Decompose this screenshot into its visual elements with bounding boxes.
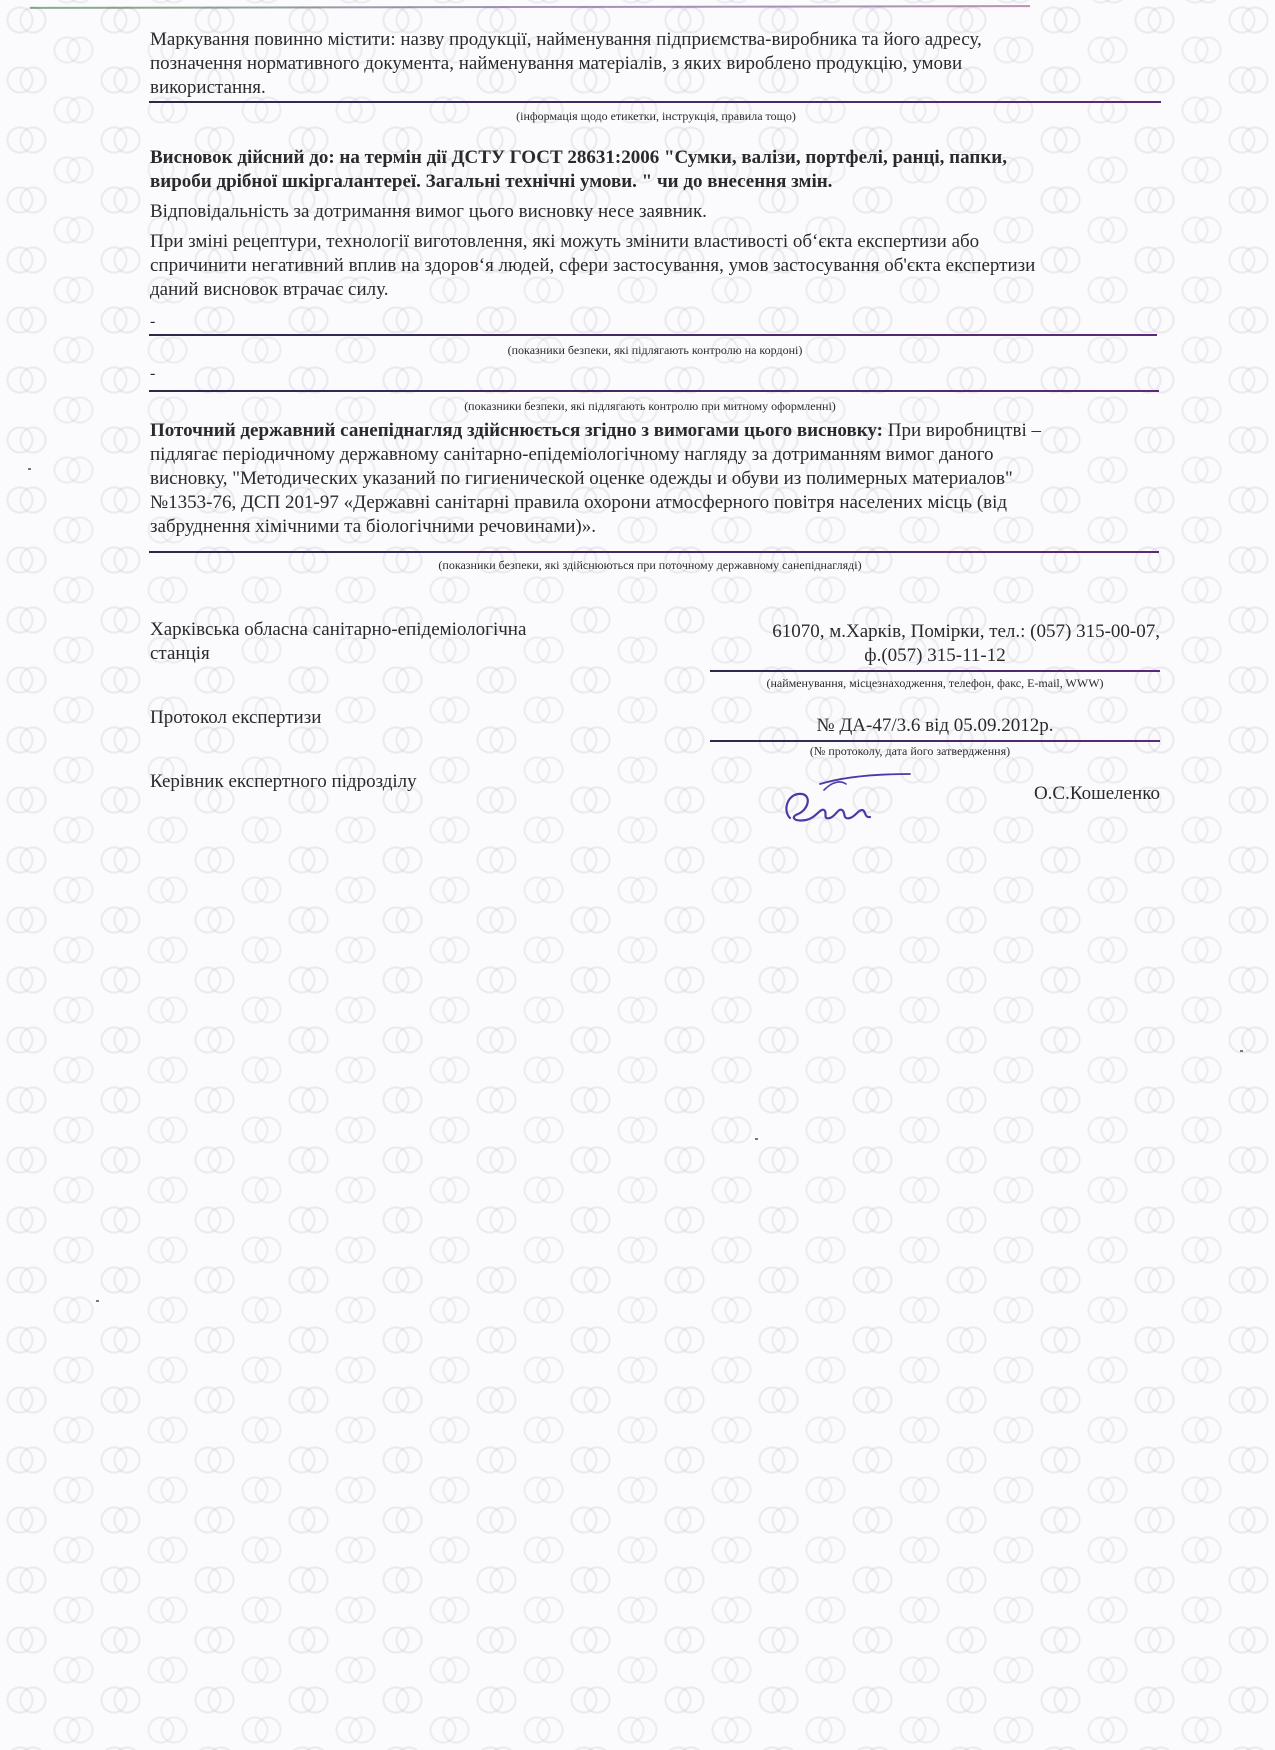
- protocol-value: № ДА-47/3.6 від 05.09.2012р.: [710, 714, 1160, 738]
- border-control-caption: (показники безпеки, які підлягають контр…: [150, 343, 1160, 357]
- organization-name-line-2: станція: [150, 642, 600, 666]
- customs-control-value: -: [150, 362, 155, 386]
- supervision-lead: Поточний державний санепіднагляд здійсню…: [150, 420, 883, 441]
- validity-line-1: Висновок дійсний до: на термін дії ДСТУ …: [150, 146, 1160, 170]
- protocol-caption: (№ протоколу, дата його затвердження): [710, 744, 1110, 758]
- supervision-line-1-rest: При виробництві –: [883, 420, 1041, 441]
- scan-speck: [96, 1300, 99, 1302]
- organization-address-line-2: ф.(057) 315-11-12: [710, 644, 1160, 668]
- customs-control-caption: (показники безпеки, які підлягають контр…: [150, 399, 1150, 413]
- organization-address: 61070, м.Харків, Помірки, тел.: (057) 31…: [710, 620, 1160, 668]
- protocol-rule: [710, 740, 1160, 742]
- supervision-line-3: висновку, "Методических указаний по гиги…: [150, 467, 1160, 491]
- scan-speck: [755, 1138, 758, 1140]
- supervision-line-1: Поточний державний санепіднагляд здійсню…: [150, 419, 1160, 443]
- change-notice-line-2: спричинити негативний вплив на здоров‘я …: [150, 254, 1160, 278]
- responsibility-text: Відповідальність за дотримання вимог цьо…: [150, 200, 1160, 224]
- labeling-rule: [149, 101, 1161, 103]
- supervision-line-4: №1353-76, ДСП 201-97 «Державні санітарні…: [150, 491, 1160, 515]
- organization-rule: [710, 670, 1160, 672]
- page-top-edge: [30, 5, 1030, 9]
- supervision-text: Поточний державний санепіднагляд здійсню…: [150, 419, 1160, 539]
- labeling-text: Маркування повинно містити: назву продук…: [150, 28, 1160, 100]
- labeling-line-2: позначення нормативного документа, найме…: [150, 52, 1160, 76]
- scan-speck: [28, 468, 31, 470]
- border-control-rule: [149, 334, 1157, 336]
- organization-caption: (найменування, місцезнаходження, телефон…: [710, 676, 1160, 690]
- organization-address-line-1: 61070, м.Харків, Помірки, тел.: (057) 31…: [710, 620, 1160, 644]
- scan-speck: [1240, 1050, 1243, 1052]
- supervision-line-2: підлягає періодичному державному санітар…: [150, 443, 1160, 467]
- head-label: Керівник експертного підрозділу: [150, 770, 600, 794]
- change-notice-line-1: При зміні рецептури, технології виготовл…: [150, 230, 1160, 254]
- supervision-rule: [149, 551, 1159, 553]
- change-notice-line-3: даний висновок втрачає силу.: [150, 278, 1160, 302]
- labeling-line-3: використання.: [150, 76, 1160, 100]
- labeling-caption: (інформація щодо етикетки, інструкція, п…: [150, 109, 1162, 123]
- change-notice-text: При зміні рецептури, технології виготовл…: [150, 230, 1160, 302]
- head-name: О.С.Кошеленко: [1010, 782, 1160, 806]
- border-control-value: -: [150, 310, 155, 334]
- organization-name: Харківська обласна санітарно-епідеміолог…: [150, 618, 600, 666]
- customs-control-rule: [149, 390, 1159, 392]
- labeling-line-1: Маркування повинно містити: назву продук…: [150, 28, 1160, 52]
- supervision-line-5: забруднення хімічними та біологічними ре…: [150, 515, 1160, 539]
- protocol-label: Протокол експертизи: [150, 706, 600, 730]
- validity-text: Висновок дійсний до: на термін дії ДСТУ …: [150, 146, 1160, 194]
- signature-icon: [780, 770, 920, 830]
- validity-line-2: вироби дрібної шкіргалантереї. Загальні …: [150, 170, 1160, 194]
- organization-name-line-1: Харківська обласна санітарно-епідеміолог…: [150, 618, 600, 642]
- supervision-caption: (показники безпеки, які здійснюються при…: [150, 558, 1150, 572]
